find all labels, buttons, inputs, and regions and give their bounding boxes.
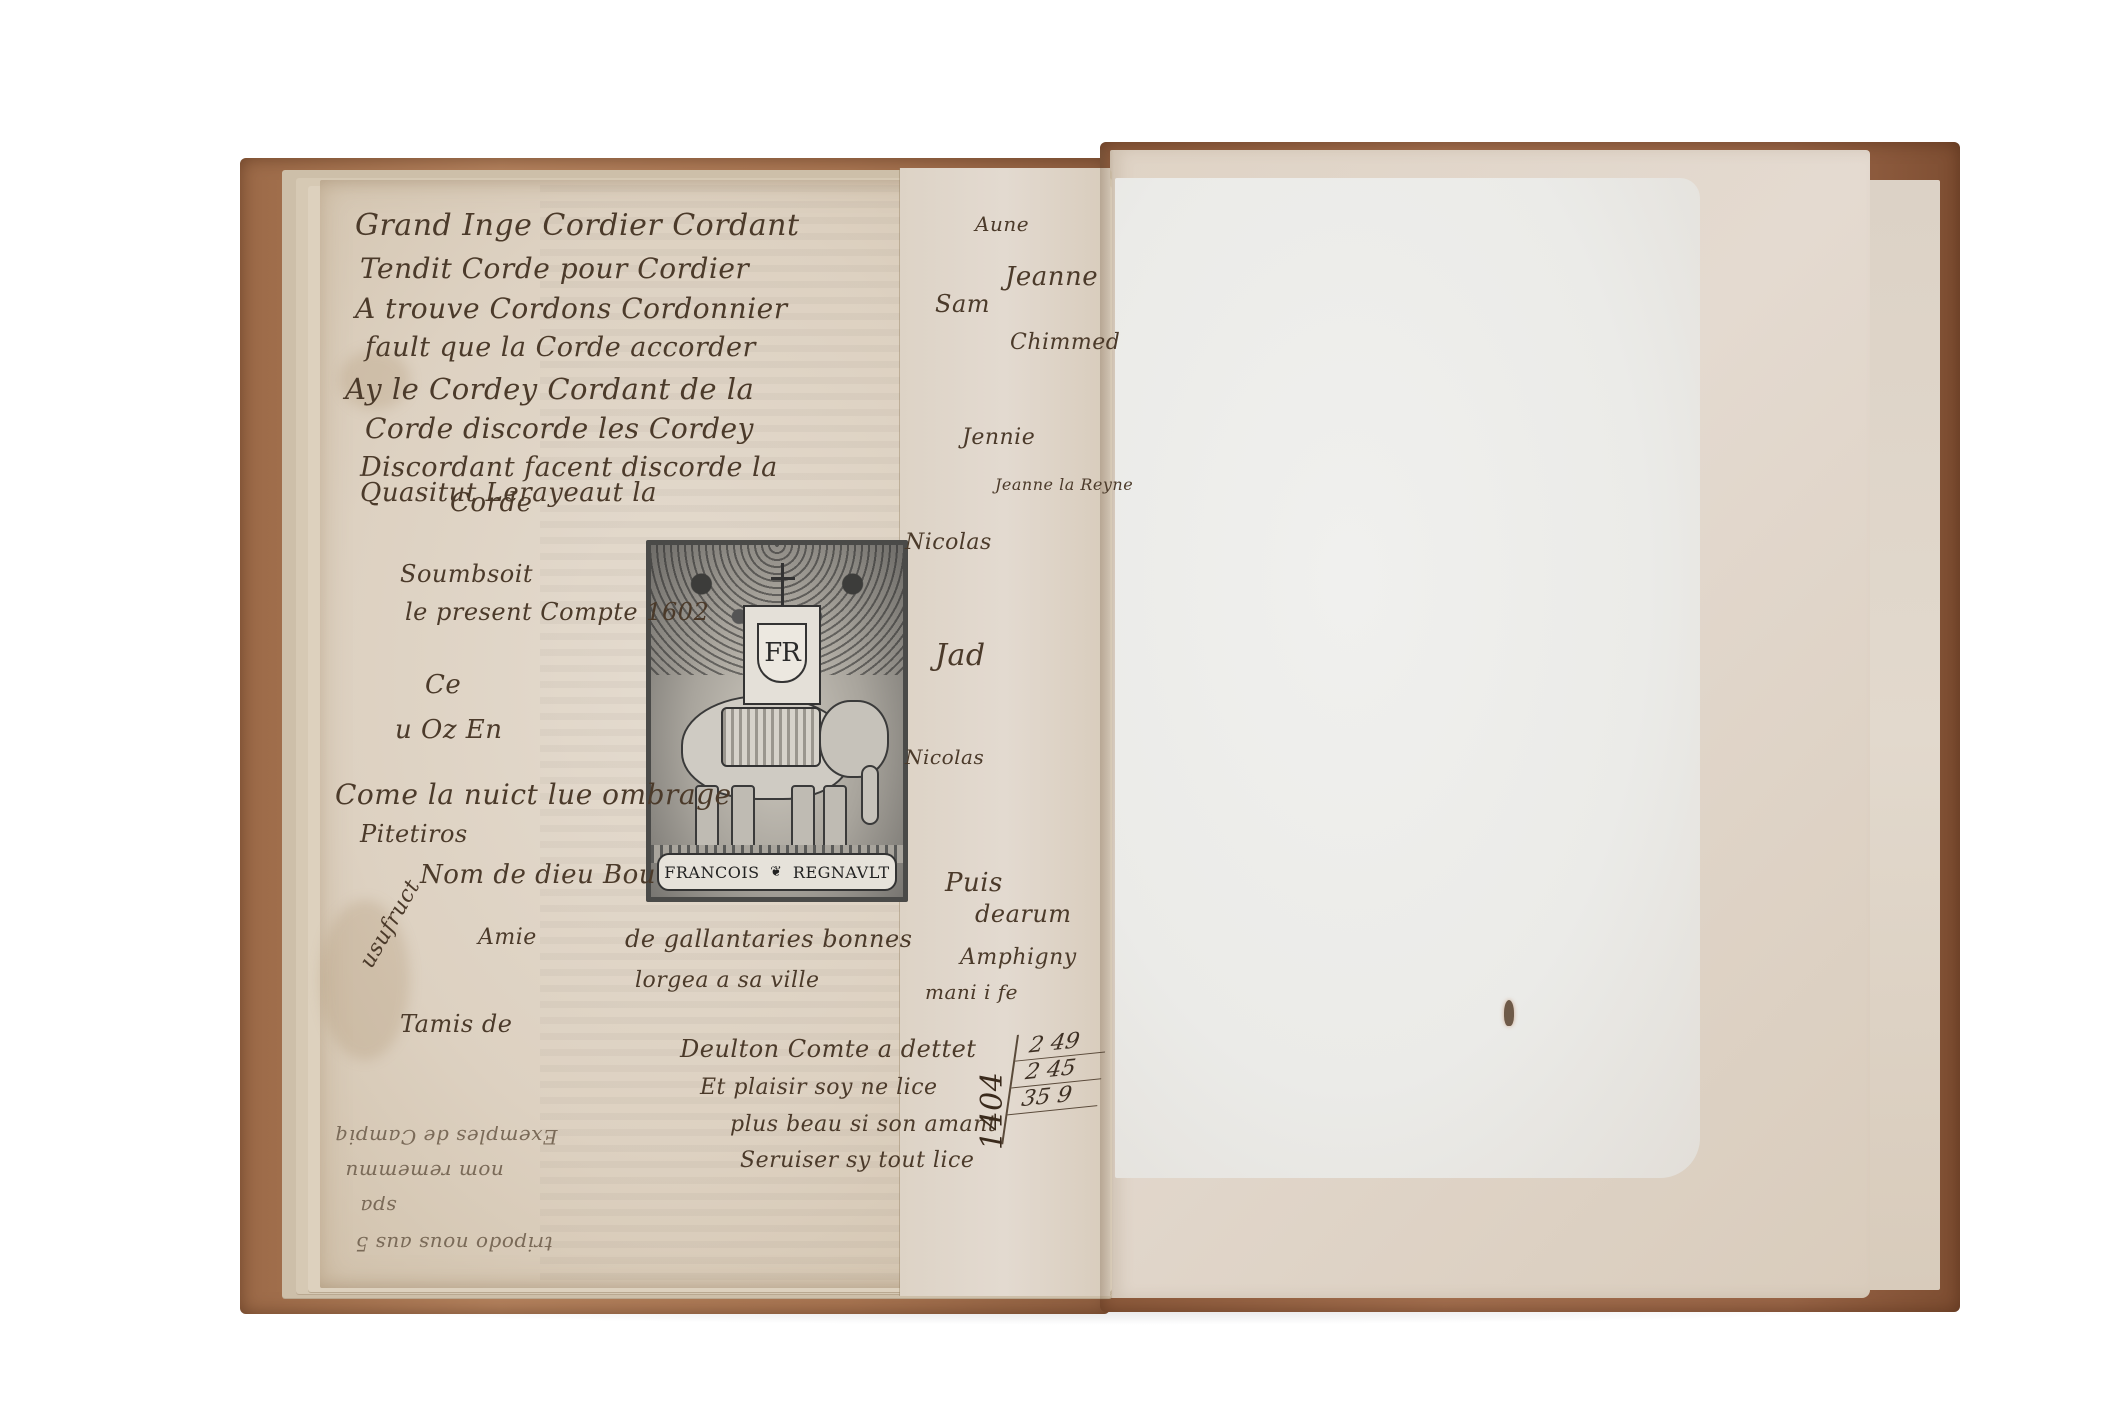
handwritten-line: Jennie xyxy=(962,425,1035,450)
elephant-head xyxy=(819,700,889,778)
handwritten-line: fault que la Corde accorder xyxy=(365,332,756,363)
handwritten-line: Chimmed xyxy=(1010,330,1120,355)
handwritten-line: Nicolas xyxy=(905,745,984,769)
handwritten-line: Tendit Corde pour Cordier xyxy=(360,252,749,285)
handwritten-line: Grand Inge Cordier Cordant xyxy=(355,208,800,243)
handwritten-line: Aune xyxy=(975,212,1029,236)
handwritten-line: le present Compte 1602 xyxy=(405,598,709,626)
name-banner: FRANCOIS ❦ REGNAVLT xyxy=(657,853,897,891)
elephant-trunk xyxy=(861,765,879,825)
leaf-ornament-icon: ❦ xyxy=(770,864,782,880)
handwritten-line: Come la nuict lue ombrage xyxy=(335,778,732,811)
handwritten-line: Nicolas xyxy=(905,530,992,555)
handwritten-line: spa xyxy=(360,1195,397,1219)
paper-speck xyxy=(1504,1000,1514,1026)
handwritten-line: u Oz En xyxy=(395,715,503,745)
banner-text-right: REGNAVLT xyxy=(793,863,890,882)
handwritten-line: Amphigny xyxy=(960,945,1077,970)
handwritten-line: Quasitut Lerayeaut la xyxy=(360,478,657,508)
handwritten-line: Et plaisir soy ne lice xyxy=(700,1075,938,1100)
handwritten-line: Jad xyxy=(935,638,986,673)
handwritten-line: Deulton Comte a dettet xyxy=(680,1035,976,1063)
handwritten-line: Tamis de xyxy=(400,1010,512,1038)
handwritten-line: mani i fe xyxy=(925,980,1018,1004)
woodcut-printers-device: FR FRANCOIS ❦ REGNAVLT xyxy=(646,540,908,902)
handwritten-line: Ce xyxy=(425,670,461,700)
handwritten-line: Nom de dieu Bou xyxy=(420,860,656,890)
handwritten-line: Soumbsoit xyxy=(400,560,533,588)
handwritten-line: Jeanne xyxy=(1005,262,1098,292)
handwritten-line: A trouve Cordons Cordonnier xyxy=(355,292,788,325)
book-gutter xyxy=(1100,150,1114,1300)
handwritten-line: tripodo nous aus 5 xyxy=(355,1232,553,1256)
handwritten-line: Amie xyxy=(478,925,537,950)
handwritten-line: Corde discorde les Cordey xyxy=(365,412,754,445)
handwritten-line: Pitetiros xyxy=(360,820,468,848)
handwritten-line: Ay le Cordey Cordant de la xyxy=(345,372,754,406)
tally-calculation-box: 2 49 2 45 35 9 xyxy=(1001,1026,1109,1145)
castle-tower: FR xyxy=(743,605,821,705)
handwritten-line: de gallantaries bonnes xyxy=(625,925,912,953)
handwritten-line: plus beau si son amant xyxy=(730,1112,997,1137)
handwritten-line: Puis xyxy=(945,868,1003,898)
handwritten-line: Sam xyxy=(935,290,990,318)
handwritten-line: Exemples de Campiq xyxy=(335,1125,558,1149)
handwritten-line: nom rememmu xyxy=(345,1160,504,1184)
handwritten-line: Seruiser sy tout lice xyxy=(740,1148,974,1173)
monogram-shield: FR xyxy=(757,623,807,683)
elephant-blanket xyxy=(721,707,821,767)
handwritten-line: lorgea a sa ville xyxy=(635,968,820,993)
handwritten-line: dearum xyxy=(975,900,1072,928)
handwritten-line: Jeanne la Reyne xyxy=(995,475,1133,494)
banner-text-left: FRANCOIS xyxy=(664,863,759,882)
right-page-blank-area xyxy=(1115,178,1700,1178)
